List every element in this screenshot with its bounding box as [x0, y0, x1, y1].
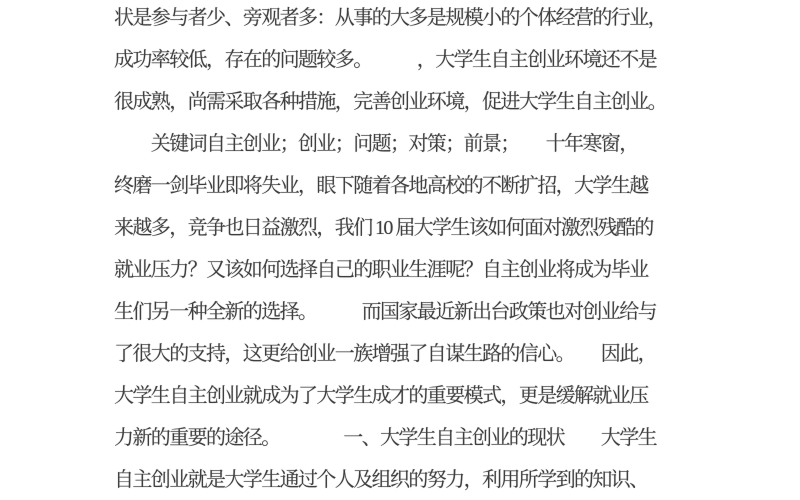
text-line: 终磨一剑毕业即将失业，眼下随着各地高校的不断扩招，大学生越 [114, 165, 714, 207]
text-line: 了很大的支持，这更给创业一族增强了自谋生路的信心。 因此， [114, 333, 714, 375]
text-line: 很成熟，尚需采取各种措施，完善创业环境，促进大学生自主创业。 [114, 81, 714, 123]
document-page: 状是参与者少、旁观者多：从事的大多是规模小的个体经营的行业， 成功率较低，存在的… [114, 0, 714, 500]
text-line: 自主创业就是大学生通过个人及组织的努力，利用所学到的知识、 [114, 459, 714, 500]
text-line: 大学生自主创业就成为了大学生成才的重要模式，更是缓解就业压 [114, 375, 714, 417]
text-line: 状是参与者少、旁观者多：从事的大多是规模小的个体经营的行业， [114, 0, 714, 39]
text-line: 就业压力？又该如何选择自己的职业生涯呢？自主创业将成为毕业 [114, 249, 714, 291]
text-line: 成功率较低，存在的问题较多。 ，大学生自主创业环境还不是 [114, 39, 714, 81]
text-line: 力新的重要的途径。 一、大学生自主创业的现状 大学生 [114, 417, 714, 459]
text-line: 来越多，竞争也日益激烈，我们 10 届大学生该如何面对激烈残酷的 [114, 207, 714, 249]
text-line: 生们另一种全新的选择。 而国家最近新出台政策也对创业给与 [114, 291, 714, 333]
text-line: 关键词自主创业；创业；问题；对策；前景； 十年寒窗， [114, 123, 714, 165]
